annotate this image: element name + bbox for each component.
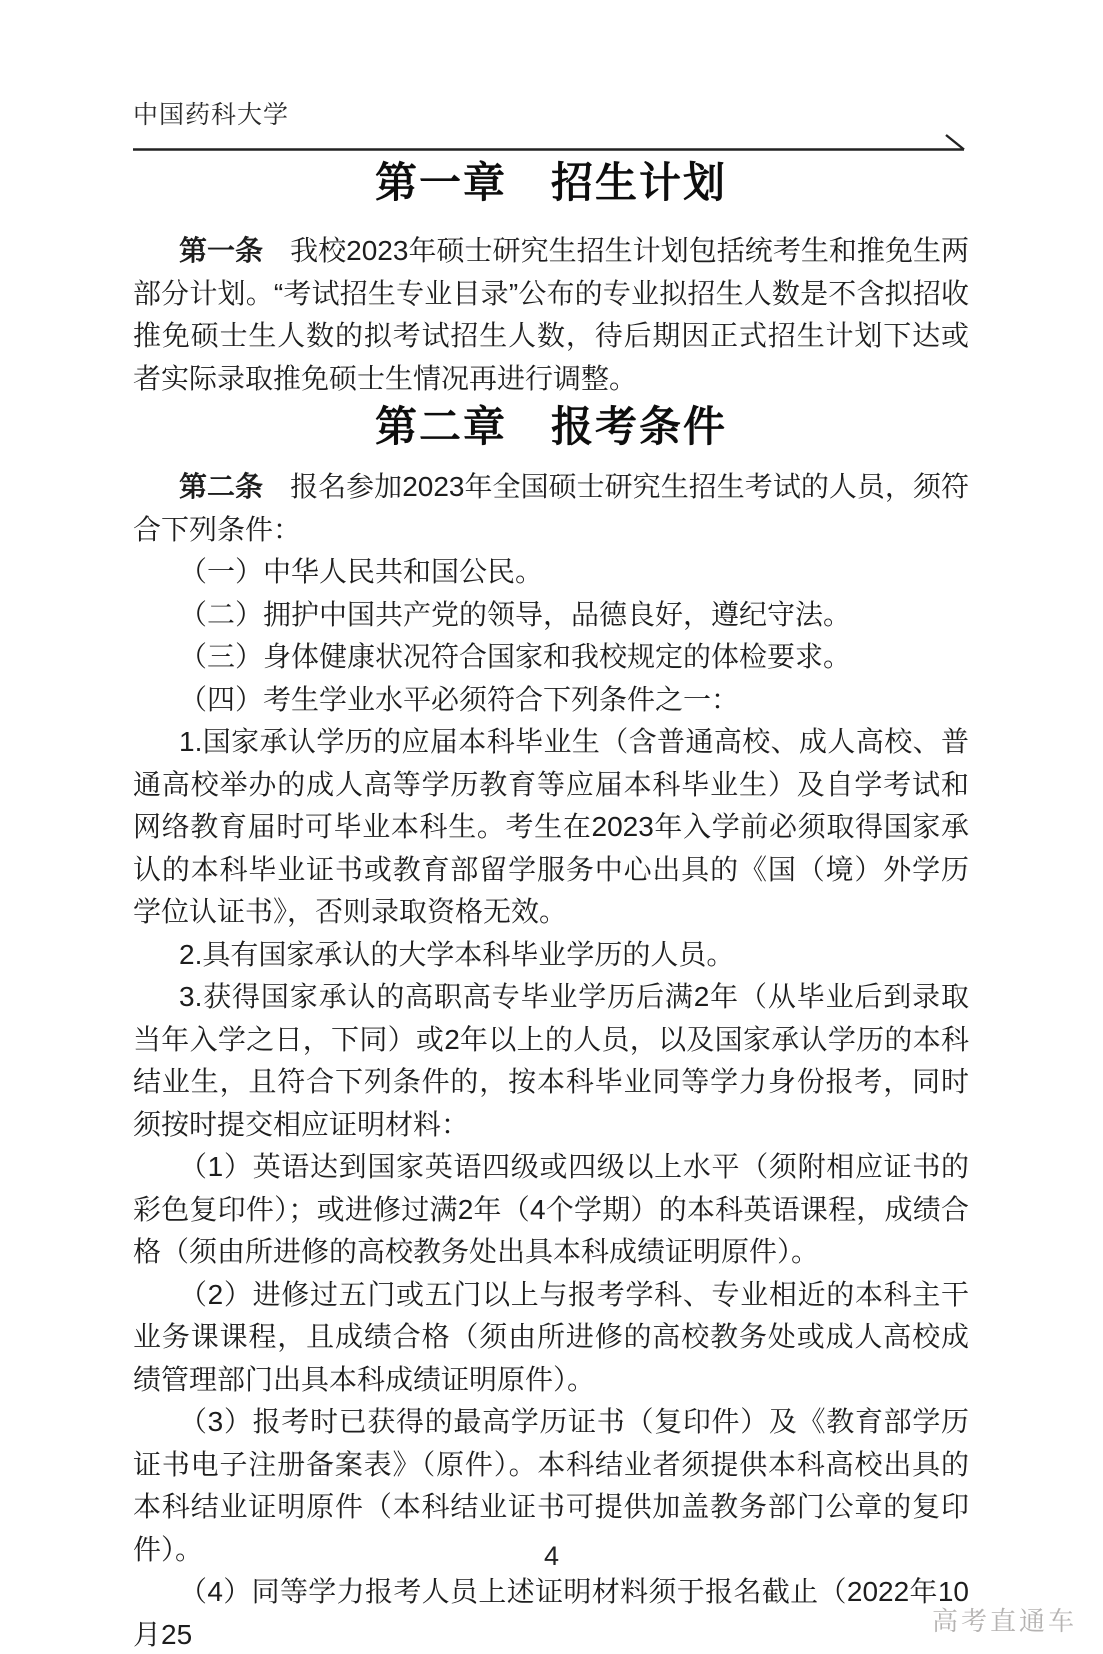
chapter-2-title: 第二章 报考条件 xyxy=(133,400,969,456)
document-body: 第一章 招生计划 第一条我校2023年硕士研究生招生计划包括统考生和推免生两部分… xyxy=(133,156,969,1654)
academic-item-1: 1.国家承认学历的应届本科毕业生（含普通高校、成人高校、普通高校举办的成人高等学… xyxy=(133,721,969,934)
equivalency-item-1: （1）英语达到国家英语四级或四级以上水平（须附相应证书的彩色复印件）；或进修过满… xyxy=(133,1146,969,1274)
academic-item-2: 2.具有国家承认的大学本科毕业学历的人员。 xyxy=(133,934,969,977)
article-2-label: 第二条 xyxy=(179,471,263,502)
chapter-1-title: 第一章 招生计划 xyxy=(133,156,969,212)
article-2-paragraph: 第二条报名参加2023年全国硕士研究生招生考试的人员，须符合下列条件： xyxy=(133,466,969,551)
equivalency-item-4: （4）同等学力报考人员上述证明材料须于报名截止（2022年10月25 xyxy=(133,1571,969,1654)
academic-item-3: 3.获得国家承认的高职高专毕业学历后满2年（从毕业后到录取当年入学之日，下同）或… xyxy=(133,976,969,1146)
condition-item-4: （四）考生学业水平必须符合下列条件之一： xyxy=(133,679,969,722)
header-rule xyxy=(133,133,969,153)
article-1-paragraph: 第一条我校2023年硕士研究生招生计划包括统考生和推免生两部分计划。“考试招生专… xyxy=(133,230,969,400)
watermark: 高考直通车 xyxy=(932,1601,1077,1638)
condition-item-1: （一）中华人民共和国公民。 xyxy=(133,551,969,594)
document-page: 中国药科大学 第一章 招生计划 第一条我校2023年硕士研究生招生计划包括统考生… xyxy=(0,0,1103,1654)
condition-item-3: （三）身体健康状况符合国家和我校规定的体检要求。 xyxy=(133,636,969,679)
condition-item-2: （二）拥护中国共产党的领导，品德良好，遵纪守法。 xyxy=(133,594,969,637)
equivalency-item-2: （2）进修过五门或五门以上与报考学科、专业相近的本科主干业务课课程，且成绩合格（… xyxy=(133,1274,969,1402)
page-number: 4 xyxy=(0,1541,1103,1572)
article-1-label: 第一条 xyxy=(179,235,263,266)
university-name: 中国药科大学 xyxy=(133,100,969,130)
page-header: 中国药科大学 xyxy=(133,100,969,153)
